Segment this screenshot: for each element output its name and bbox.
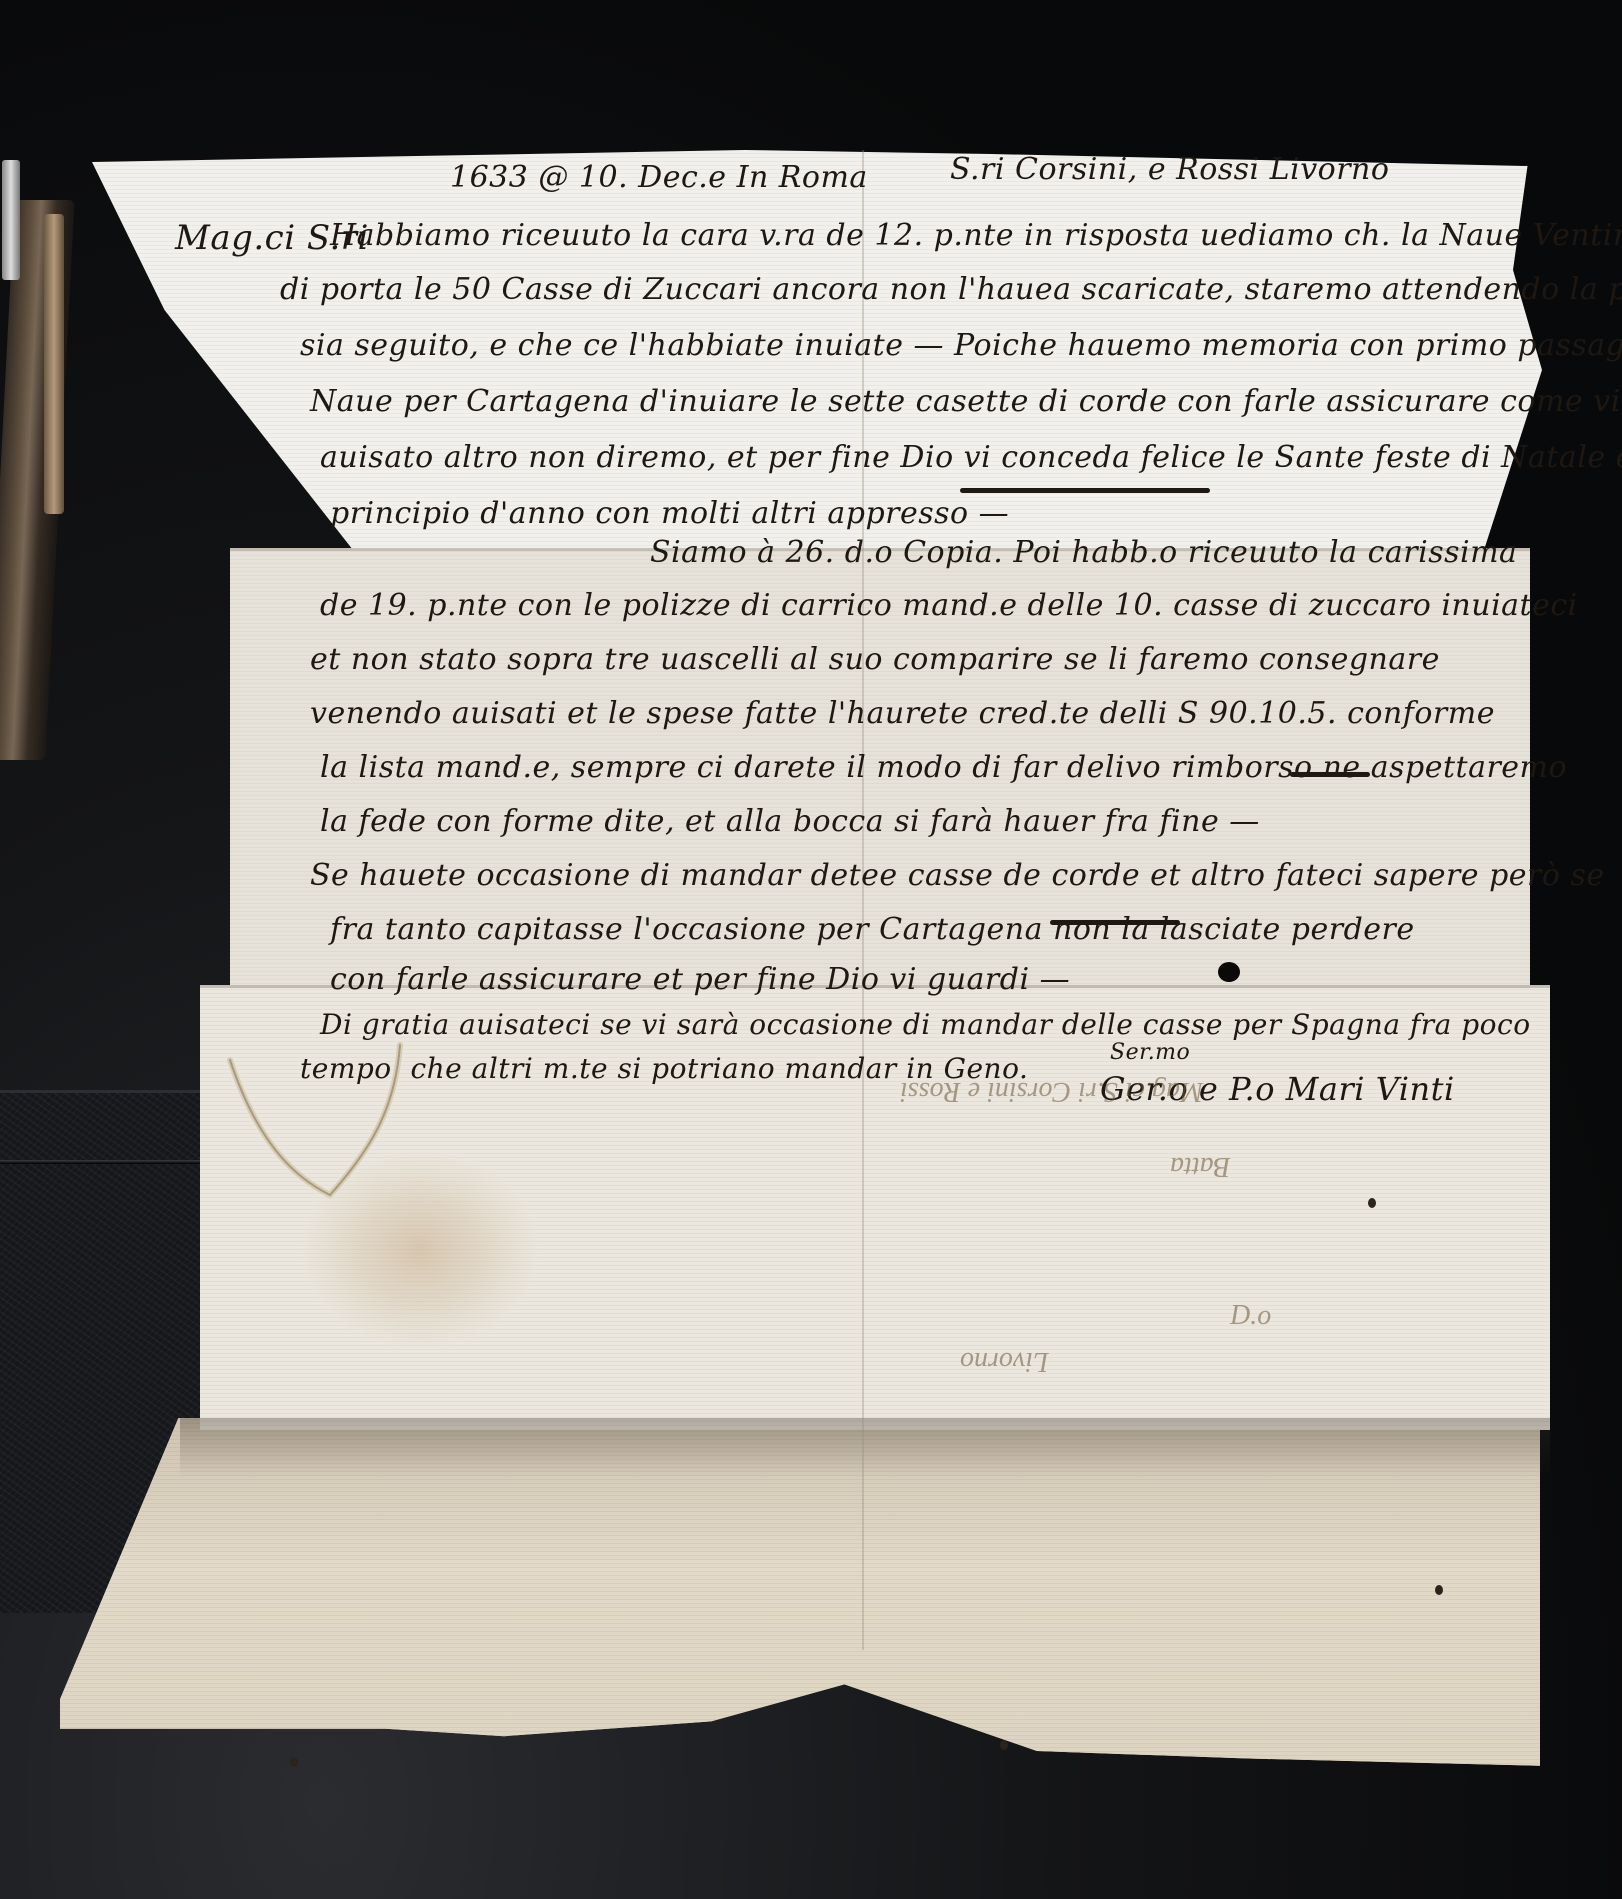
ps-line-5: la lista mand.e, sempre ci darete il mod… [320,750,1567,785]
paper-hole-1 [1368,1198,1376,1208]
body-line-1: Habbiamo riceuuto la cara v.ra de 12. p.… [330,218,1622,253]
endorsement-livorno: Livorno [960,1345,1049,1377]
ps-line-4: venendo auisati et le spese fatte l'haur… [310,696,1495,731]
ps-line-6: la fede con forme dite, et alla bocca si… [320,804,1260,839]
pen-clip [2,160,20,280]
endorsement-batta: Batta [1170,1150,1231,1182]
body-line-6: principio d'anno con molti altri appress… [330,496,1009,531]
body-line-2: di porta le 50 Casse di Zuccari ancora n… [280,272,1622,307]
ps-line-8: fra tanto capitasse l'occasione per Cart… [330,912,1415,947]
endorsement-address: Mag.ci S.ri Corsini e Rossi [900,1075,1203,1107]
body-line-5: auisato altro non diremo, et per fine Di… [320,440,1622,475]
ps-line-1: Siamo à 26. d.o Copia. Poi habb.o riceuu… [650,535,1517,570]
ink-blot [1218,962,1240,982]
ps-line-9: con farle assicurare et per fine Dio vi … [330,962,1070,997]
flourish-2 [1290,772,1370,777]
closing: Ser.mo [1110,1040,1190,1065]
addressee-line: S.ri Corsini, e Rossi Livorno [950,152,1389,187]
ps-line-7: Se hauete occasione di mandar detee cass… [310,858,1605,893]
paper-hole-4 [1000,1740,1008,1750]
endorsement-mark: D.o [1230,1300,1271,1332]
flourish-1 [960,488,1210,493]
folder-seam [0,1160,200,1164]
seal-string-icon [220,1030,540,1230]
body-line-4: Naue per Cartagena d'inuiare le sette ca… [310,384,1622,419]
vertical-fold [862,150,864,1650]
paper-hole-2 [1435,1585,1443,1595]
pen-cap [44,214,64,514]
ps-line-2: de 19. p.nte con le polizze di carrico m… [320,588,1578,623]
photo-scene: 1633 @ 10. Dec.e In Roma S.ri Corsini, e… [0,0,1622,1899]
flourish-3 [1050,920,1180,925]
ps-line-3: et non stato sopra tre uascelli al suo c… [310,642,1440,677]
body-line-3: sia seguito, e che ce l'habbiate inuiate… [300,328,1622,363]
fold-shadow [180,1418,1550,1478]
dateline: 1633 @ 10. Dec.e In Roma [450,160,868,195]
paper-hole-3 [290,1757,298,1767]
